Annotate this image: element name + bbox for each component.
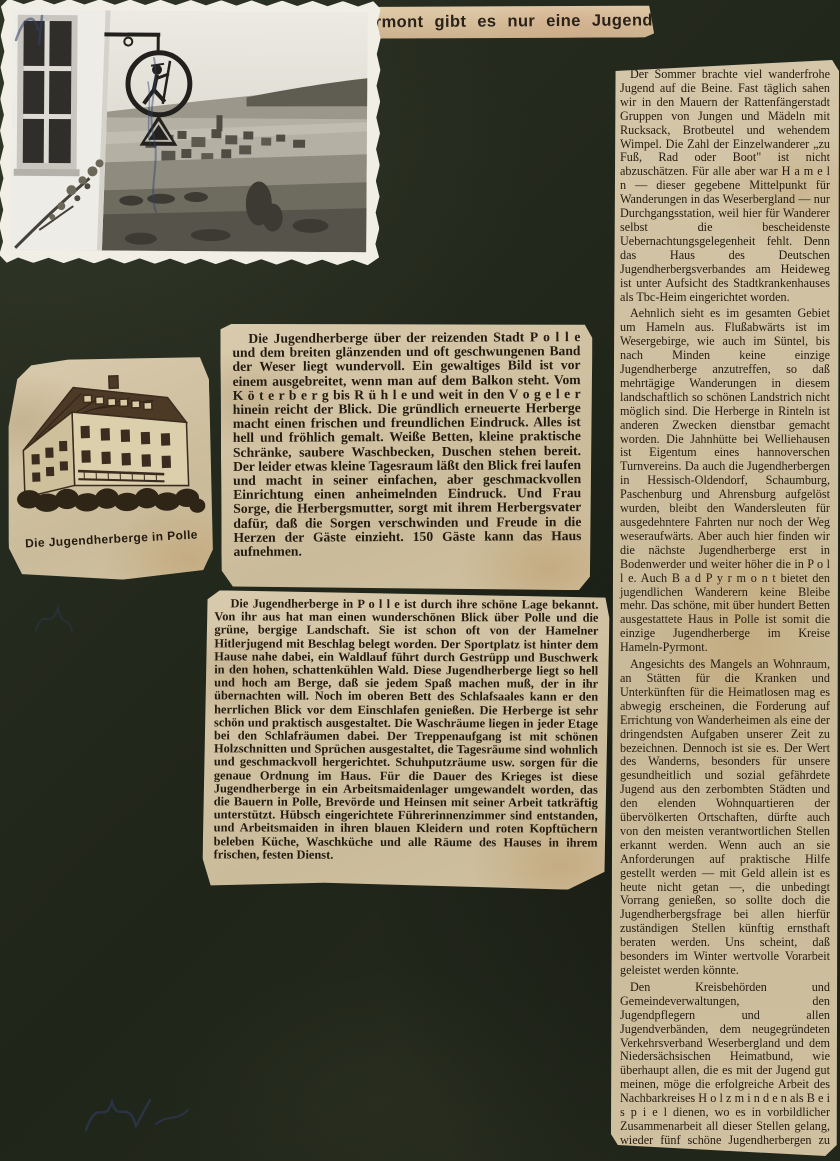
article-paragraph: Aehnlich sieht es im gesamten Gebiet um … bbox=[620, 307, 830, 655]
article-paragraph: Den Kreisbehörden und Gemeindeverwaltung… bbox=[620, 981, 830, 1156]
hostel-drawing-clipping: Die Jugendherberge in Polle bbox=[2, 352, 216, 583]
drawing-caption: Die Jugendherberge in Polle bbox=[16, 527, 206, 551]
article-paragraph: Die Jugendherberge in P o l l e ist durc… bbox=[214, 597, 599, 862]
handwritten-mark-bottom-left bbox=[76, 1084, 226, 1142]
handwritten-mark-middle-left bbox=[28, 586, 78, 650]
article-paragraph: Der Sommer brachte viel wanderfrohe Juge… bbox=[620, 68, 830, 304]
handwritten-mark-top-left bbox=[8, 6, 72, 54]
article-polle-description: Die Jugendherberge über der reizenden St… bbox=[220, 322, 593, 592]
handwritten-mark-vertical bbox=[138, 52, 170, 220]
article-polle-location: Die Jugendherberge in P o l l e ist durc… bbox=[202, 590, 609, 889]
scrapbook-page: Im Kreise Hameln-Pyrmont gibt es nur ein… bbox=[0, 0, 840, 1161]
chimney bbox=[109, 376, 118, 389]
hostel-woodcut bbox=[10, 363, 205, 528]
article-right-column: Der Sommer brachte viel wanderfrohe Juge… bbox=[611, 60, 839, 1156]
article-paragraph: Die Jugendherberge über der reizenden St… bbox=[232, 330, 581, 559]
facade bbox=[72, 408, 189, 489]
article-paragraph: Angesichts des Mangels an Wohnraum, an S… bbox=[620, 658, 830, 978]
